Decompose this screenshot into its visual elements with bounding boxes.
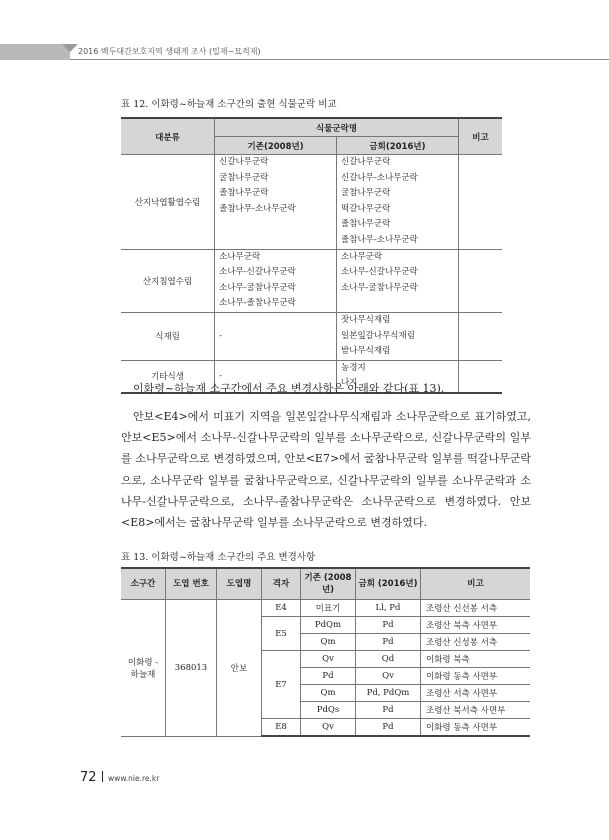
table13-before: PdQm <box>301 617 356 634</box>
table13-note: 조령산 신선봉 서측 <box>421 600 531 617</box>
table-row: 이화령 - 하늘재 368013 안보 E4 미표기 Ll, Pd 조령산 신선… <box>121 600 530 617</box>
table13-note: 조령산 북측 사면부 <box>421 617 531 634</box>
table12-after-list: 잣나무식재림 일본잎갈나무식재림 밤나무식재림 <box>337 312 459 360</box>
table12-header-category: 대분류 <box>121 118 215 155</box>
list-item: 소나무-신갈나무군락 <box>219 265 332 281</box>
list-item: 일본잎갈나무식재림 <box>341 329 454 345</box>
table13-header-grid: 격자 <box>262 568 301 600</box>
list-item: 졸참나무-소나무군락 <box>219 202 332 218</box>
table12-note <box>458 249 502 312</box>
table13-after: Pd <box>356 719 421 737</box>
list-item: 밤나무식재림 <box>341 344 454 360</box>
table-row: 산지침엽수림 소나무군락 소나무-신갈나무군락 소나무-굴참나무군락 소나무-졸… <box>121 249 502 312</box>
list-item: 소나무군락 <box>341 250 454 266</box>
table12-header-before: 기존(2008년) <box>215 137 337 155</box>
table13-header-map-name: 도엽명 <box>217 568 262 600</box>
table13-caption: 표 13. 이화령~하늘재 소구간의 주요 변경사항 <box>121 549 315 563</box>
list-item: - <box>219 329 332 345</box>
table13-grid: E4 <box>262 600 301 617</box>
header-gray-bar <box>0 44 70 60</box>
running-header: 2016 백두대간보호지역 생태계 조사 (밀재~묘적재) <box>0 44 609 60</box>
table13-grid: E8 <box>262 719 301 737</box>
header-notch-marker <box>62 44 78 52</box>
list-item: 굴참나무군락 <box>341 186 454 202</box>
table12-before-list: - <box>215 312 337 360</box>
list-item: 잣나무식재림 <box>341 313 454 329</box>
table12-before-list: 신갈나무군락 굴참나무군락 졸참나무군락 졸참나무-소나무군락 <box>215 155 337 250</box>
table13-note: 조령산 신성봉 서측 <box>421 634 531 651</box>
list-item: 소나무-신갈나무군락 <box>341 265 454 281</box>
table13-before: PdQs <box>301 702 356 719</box>
list-item: 졸참나무-소나무군락 <box>341 233 454 249</box>
table13-header-row: 소구간 도엽 번호 도엽명 격자 기존 (2008년) 금회 (2016년) 비… <box>121 568 530 600</box>
table12-caption: 표 12. 이화령~하늘재 소구간의 출현 식물군락 비교 <box>121 96 337 110</box>
table13-section: 이화령 - 하늘재 <box>121 600 166 737</box>
table13-after: Pd, PdQm <box>356 685 421 702</box>
table13-grid: E5 <box>262 617 301 651</box>
list-item: 떡갈나무군락 <box>341 202 454 218</box>
table13-before: Qm <box>301 634 356 651</box>
body-paragraph: 안보<E4>에서 미표기 지역을 일본잎갈나무식재림과 소나무군락으로 표기하였… <box>121 406 531 533</box>
footer-url: www.nie.re.kr <box>108 774 159 783</box>
table13-header-note: 비고 <box>421 568 531 600</box>
table12-after-list: 소나무군락 소나무-신갈나무군락 소나무-굴참나무군락 <box>337 249 459 312</box>
table13-before: Qv <box>301 651 356 668</box>
list-item: 굴참나무군락 <box>219 171 332 187</box>
table13-note: 조령산 서측 사면부 <box>421 685 531 702</box>
list-item: 소나무-굴참나무군락 <box>341 281 454 297</box>
header-rule <box>70 59 609 60</box>
table12-category: 식재림 <box>121 312 215 360</box>
table13-grid: E7 <box>262 651 301 719</box>
table-row: 식재림 - 잣나무식재림 일본잎갈나무식재림 밤나무식재림 <box>121 312 502 360</box>
table13-map-name: 안보 <box>217 600 262 737</box>
table13-note: 이화령 동측 사면부 <box>421 668 531 685</box>
table13-note: 이화령 동측 사면부 <box>421 719 531 737</box>
list-item: 졸참나무군락 <box>341 217 454 233</box>
table13-after: Qv <box>356 668 421 685</box>
table13-header-after: 금회 (2016년) <box>356 568 421 600</box>
table12-category: 산지낙엽활엽수림 <box>121 155 215 250</box>
table12-header-note: 비고 <box>458 118 502 155</box>
table13-before: Pd <box>301 668 356 685</box>
table13-before: 미표기 <box>301 600 356 617</box>
list-item: 농경지 <box>341 361 454 377</box>
list-item: 신갈나무군락 <box>219 155 332 171</box>
table13-after: Pd <box>356 702 421 719</box>
table13-after: Pd <box>356 634 421 651</box>
table13-after: Qd <box>356 651 421 668</box>
table13-header-section: 소구간 <box>121 568 166 600</box>
table-row: 산지낙엽활엽수림 신갈나무군락 굴참나무군락 졸참나무군락 졸참나무-소나무군락… <box>121 155 502 250</box>
list-item: 소나무-졸참나무군락 <box>219 296 332 312</box>
list-item: 소나무-굴참나무군락 <box>219 281 332 297</box>
table13-map-no: 368013 <box>166 600 217 737</box>
table13-major-changes: 소구간 도엽 번호 도엽명 격자 기존 (2008년) 금회 (2016년) 비… <box>121 567 530 737</box>
table13-note: 조령산 북서측 사면부 <box>421 702 531 719</box>
table13-note: 이화령 북측 <box>421 651 531 668</box>
table13-after: Ll, Pd <box>356 600 421 617</box>
table12-after-list: 신갈나무군락 신갈나무-소나무군락 굴참나무군락 떡갈나무군락 졸참나무군락 졸… <box>337 155 459 250</box>
table12-plant-community-comparison: 대분류 식물군락명 비고 기존(2008년) 금회(2016년) 산지낙엽활엽수… <box>121 117 502 394</box>
list-item: 신갈나무군락 <box>341 155 454 171</box>
footer-separator <box>102 771 104 782</box>
list-item: 소나무군락 <box>219 250 332 266</box>
table13-header-before: 기존 (2008년) <box>301 568 356 600</box>
table13-before: Qv <box>301 719 356 737</box>
table13-header-map-no: 도엽 번호 <box>166 568 217 600</box>
table12-note <box>458 155 502 250</box>
page-footer: 72www.nie.re.kr <box>80 766 159 785</box>
page-number: 72 <box>80 770 97 785</box>
table12-header-group: 식물군락명 <box>215 118 459 137</box>
running-header-title: 2016 백두대간보호지역 생태계 조사 (밀재~묘적재) <box>78 46 261 57</box>
table13-before: Qm <box>301 685 356 702</box>
intro-paragraph: 이화령~하늘재 소구간에서 주요 변경사항은 아래와 같다(표 13). <box>121 378 531 399</box>
table12-header-row: 대분류 식물군락명 비고 <box>121 118 502 137</box>
list-item: 신갈나무-소나무군락 <box>341 171 454 187</box>
table12-header-after: 금회(2016년) <box>337 137 459 155</box>
table12-note <box>458 312 502 360</box>
table13-after: Pd <box>356 617 421 634</box>
list-item: 졸참나무군락 <box>219 186 332 202</box>
table12-before-list: 소나무군락 소나무-신갈나무군락 소나무-굴참나무군락 소나무-졸참나무군락 <box>215 249 337 312</box>
table12-category: 산지침엽수림 <box>121 249 215 312</box>
